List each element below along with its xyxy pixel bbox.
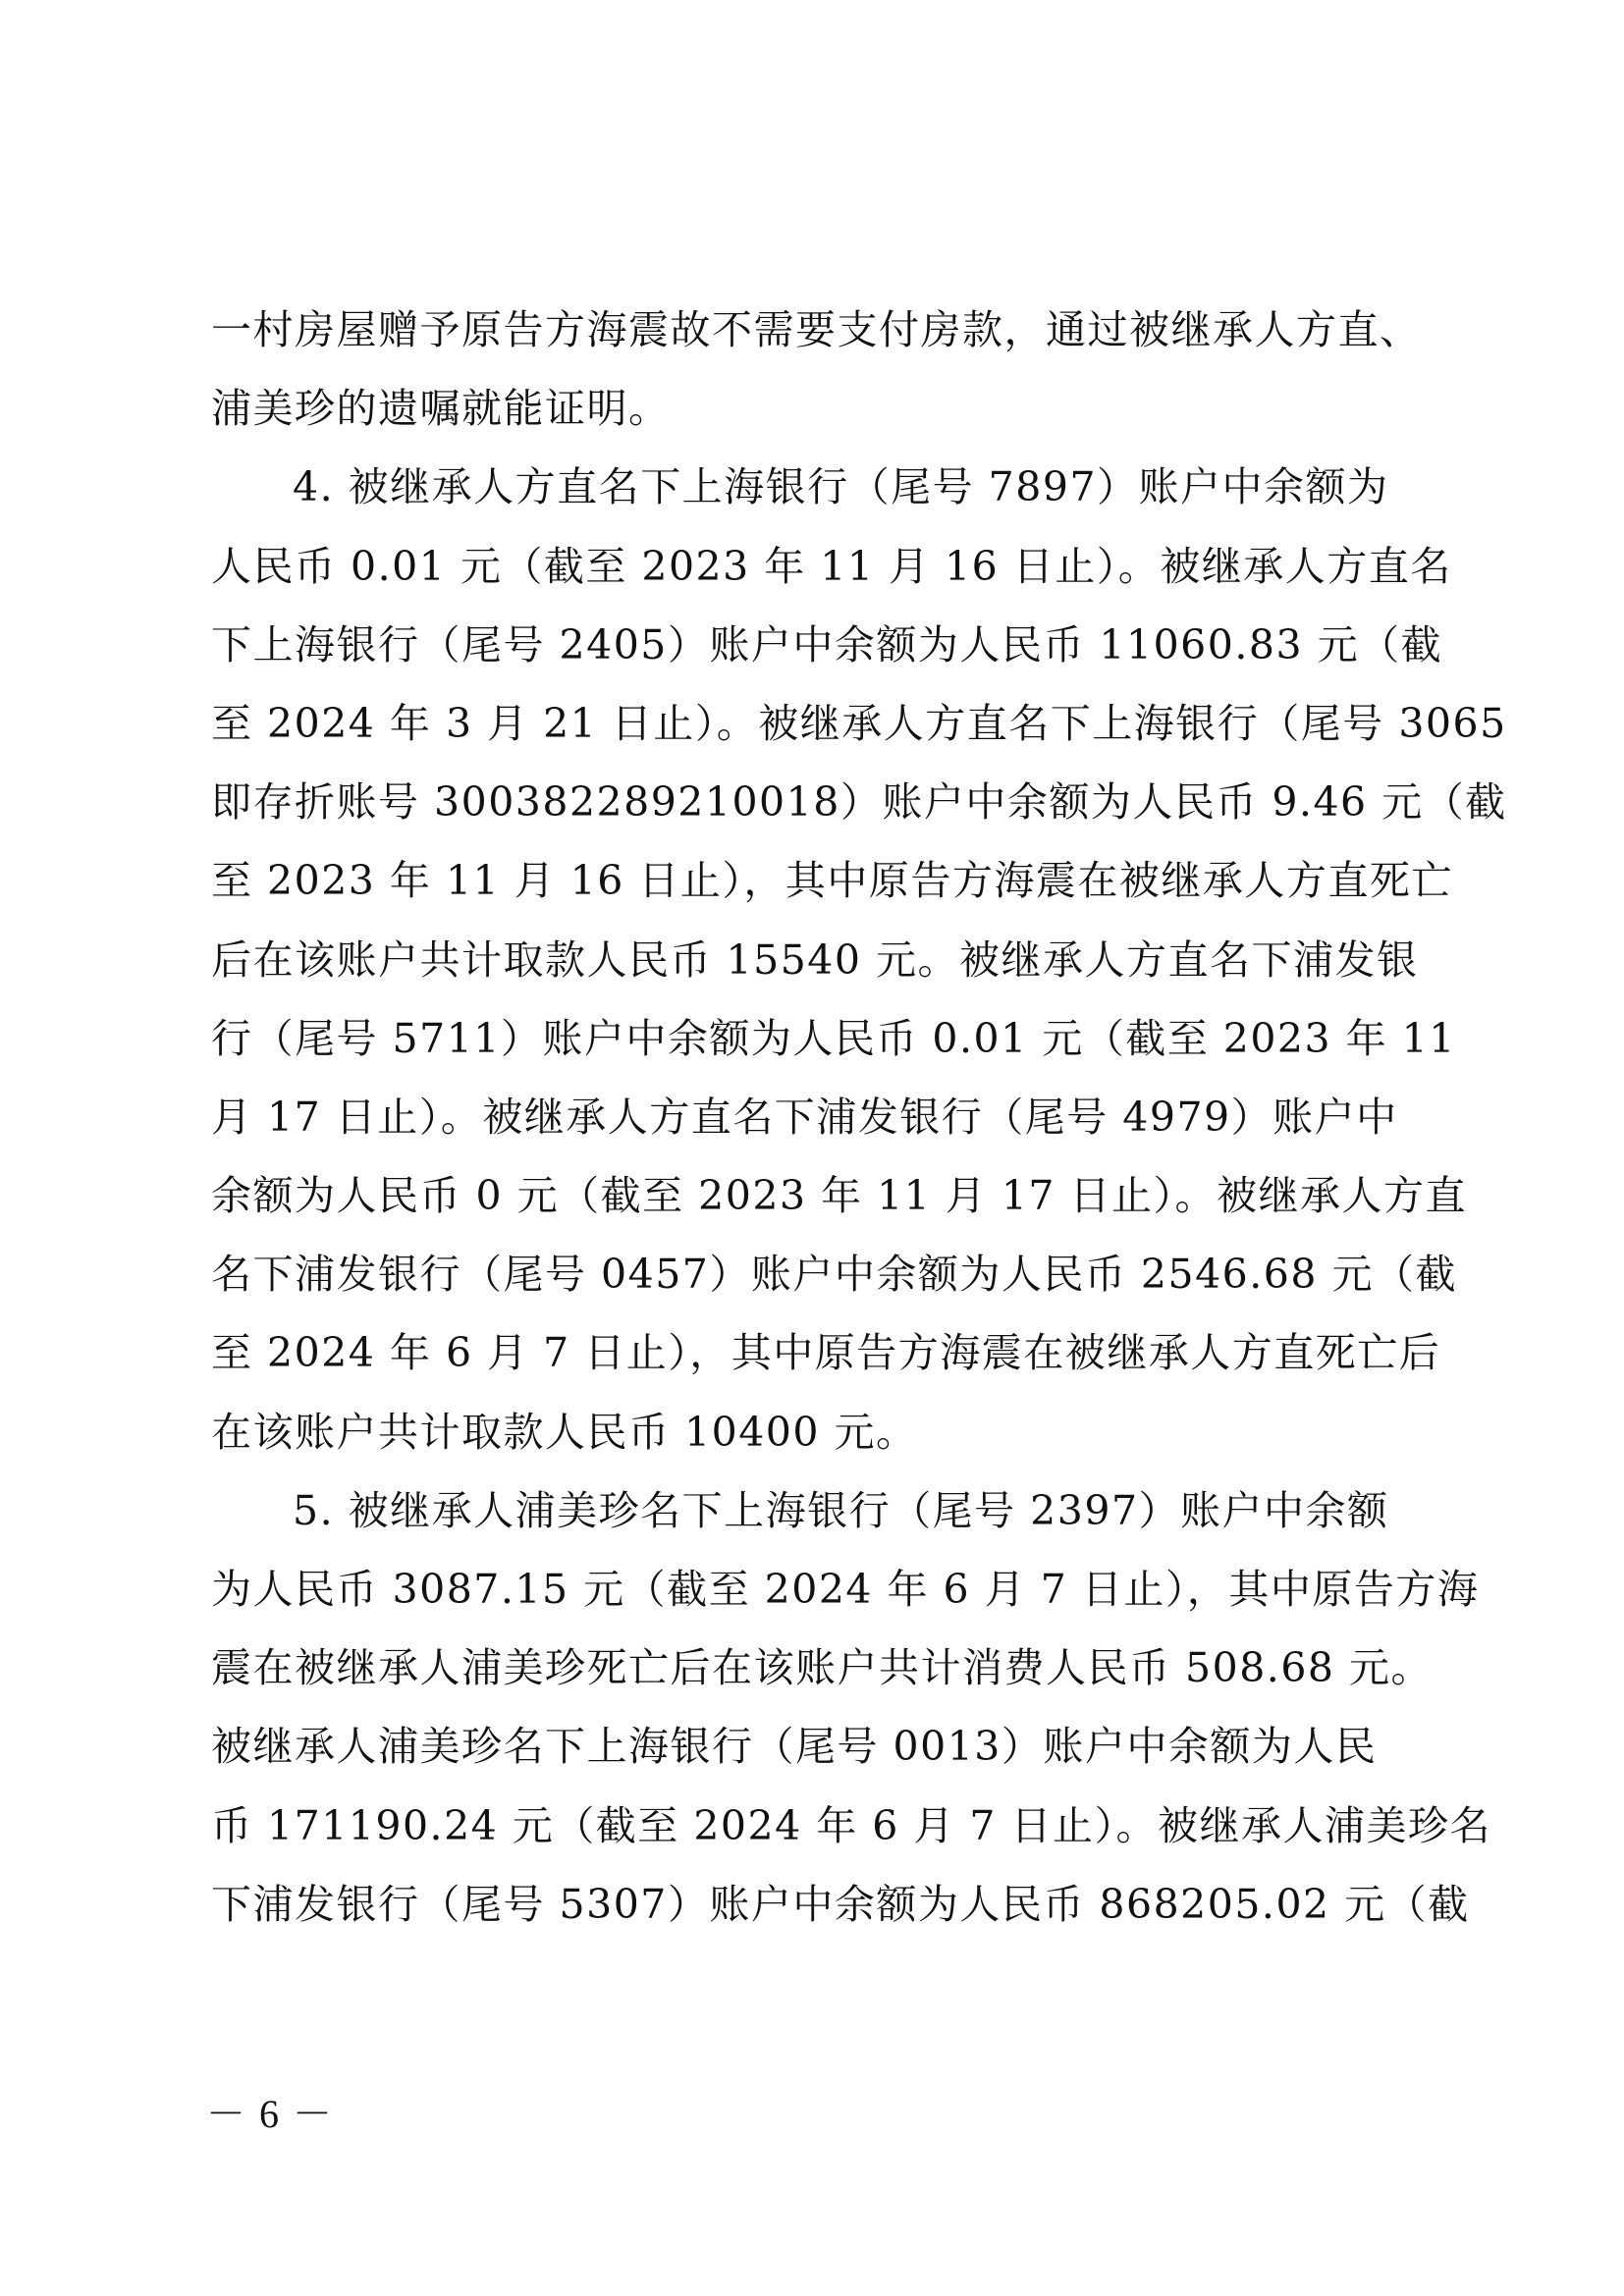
text-line: 至 2024 年 6 月 7 日止），其中原告方海震在被继承人方直死亡后 xyxy=(211,1313,1429,1392)
text-line: 币 171190.24 元（截至 2024 年 6 月 7 日止）。被继承人浦美… xyxy=(211,1787,1429,1865)
document-body: 一村房屋赠予原告方海震故不需要支付房款，通过被继承人方直、 浦美珍的遗嘱就能证明… xyxy=(211,291,1429,1944)
text-line: 月 17 日止）。被继承人方直名下浦发银行（尾号 4979）账户中 xyxy=(211,1078,1429,1156)
text-line: 浦美珍的遗嘱就能证明。 xyxy=(211,369,1429,448)
text-line: 余额为人民币 0 元（截至 2023 年 11 月 17 日止）。被继承人方直 xyxy=(211,1156,1429,1235)
paragraph-5-start: 5. 被继承人浦美珍名下上海银行（尾号 2397）账户中余额 xyxy=(211,1471,1429,1550)
text-line: 震在被继承人浦美珍死亡后在该账户共计消费人民币 508.68 元。 xyxy=(211,1629,1429,1707)
text-line: 下浦发银行（尾号 5307）账户中余额为人民币 868205.02 元（截 xyxy=(211,1865,1429,1944)
text-line: 一村房屋赠予原告方海震故不需要支付房款，通过被继承人方直、 xyxy=(211,291,1429,369)
text-line: 为人民币 3087.15 元（截至 2024 年 6 月 7 日止），其中原告方… xyxy=(211,1550,1429,1629)
text-line: 即存折账号 300382289210018）账户中余额为人民币 9.46 元（截 xyxy=(211,763,1429,841)
page-number: － 6 － xyxy=(206,2083,334,2139)
paragraph-4-start: 4. 被继承人方直名下上海银行（尾号 7897）账户中余额为 xyxy=(211,448,1429,526)
text-line: 名下浦发银行（尾号 0457）账户中余额为人民币 2546.68 元（截 xyxy=(211,1235,1429,1313)
text-line: 至 2024 年 3 月 21 日止）。被继承人方直名下上海银行（尾号 3065 xyxy=(211,684,1429,763)
text-line: 后在该账户共计取款人民币 15540 元。被继承人方直名下浦发银 xyxy=(211,921,1429,999)
text-line: 人民币 0.01 元（截至 2023 年 11 月 16 日止）。被继承人方直名 xyxy=(211,527,1429,606)
text-line: 至 2023 年 11 月 16 日止），其中原告方海震在被继承人方直死亡 xyxy=(211,841,1429,920)
text-line: 被继承人浦美珍名下上海银行（尾号 0013）账户中余额为人民 xyxy=(211,1707,1429,1786)
text-line: 下上海银行（尾号 2405）账户中余额为人民币 11060.83 元（截 xyxy=(211,606,1429,684)
text-line: 在该账户共计取款人民币 10400 元。 xyxy=(211,1393,1429,1471)
text-line: 行（尾号 5711）账户中余额为人民币 0.01 元（截至 2023 年 11 xyxy=(211,999,1429,1078)
